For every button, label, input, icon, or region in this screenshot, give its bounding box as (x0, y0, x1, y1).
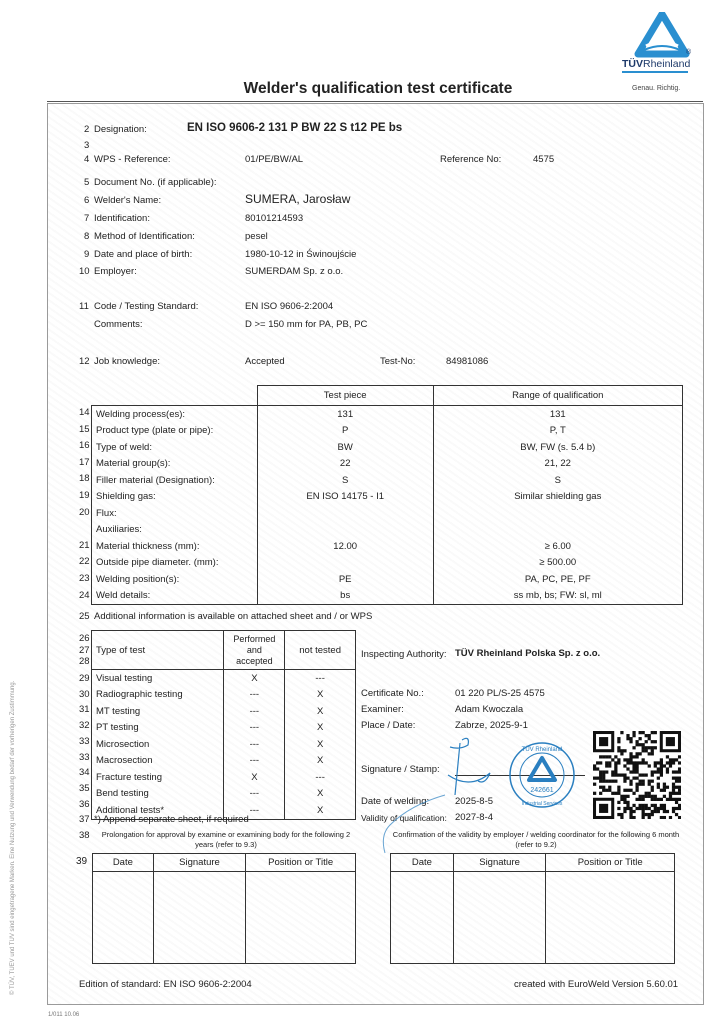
test-not-tested: --- (285, 670, 356, 687)
row-range: ss mb, bs; FW: sl, ml (433, 588, 682, 605)
test-performed: --- (224, 753, 285, 770)
row-range: P, T (433, 423, 682, 440)
test-label: Radiographic testing (92, 687, 224, 704)
row-label: Filler material (Designation): (92, 472, 258, 489)
qualification-row: Shielding gas:EN ISO 14175 - I1Similar s… (92, 489, 683, 506)
test-row: Macrosection---X (92, 753, 356, 770)
tuv-logo: TÜVRheinland ® Genau. Richtig. (620, 8, 700, 88)
row-range (433, 522, 682, 539)
qualification-row: Product type (plate or pipe):PP, T (92, 423, 683, 440)
test-label: Fracture testing (92, 769, 224, 786)
qr-code[interactable] (593, 731, 681, 819)
qualification-row: Auxiliaries: (92, 522, 683, 539)
test-not-tested: X (285, 786, 356, 803)
test-performed: --- (224, 687, 285, 704)
row-test-piece: bs (257, 588, 433, 605)
confirm-signature-cell[interactable] (453, 872, 546, 964)
row-range: BW, FW (s. 5.4 b) (433, 439, 682, 456)
row-range (433, 505, 682, 522)
test-not-tested: --- (285, 769, 356, 786)
row-test-piece: 12.00 (257, 538, 433, 555)
row-test-piece: BW (257, 439, 433, 456)
confirmation-text: Confirmation of the validity by employer… (390, 830, 682, 850)
prolongation-text: Prolongation for approval by examine or … (95, 830, 357, 850)
test-performed: --- (224, 736, 285, 753)
qualification-row: Filler material (Designation):SS (92, 472, 683, 489)
test-not-tested: X (285, 736, 356, 753)
test-not-tested: X (285, 687, 356, 704)
row-label: Welding process(es): (92, 406, 258, 423)
test-not-tested: X (285, 720, 356, 737)
title-rule (47, 101, 703, 102)
row-test-piece (257, 555, 433, 572)
qualification-row: Outside pipe diameter. (mm):≥ 500.00 (92, 555, 683, 572)
test-performed: X (224, 670, 285, 687)
qualification-row: Welding position(s):PEPA, PC, PE, PF (92, 571, 683, 588)
designation-value: EN ISO 9606-2 131 P BW 22 S t12 PE bs (187, 122, 402, 134)
row-label: Weld details: (92, 588, 258, 605)
row-test-piece (257, 505, 433, 522)
svg-text:TÜV Rheinland: TÜV Rheinland (522, 746, 563, 753)
row-label: Welding position(s): (92, 571, 258, 588)
prolongation-table: Date Signature Position or Title (92, 853, 356, 964)
row-label: Outside pipe diameter. (mm): (92, 555, 258, 572)
test-performed: --- (224, 720, 285, 737)
row-range: 21, 22 (433, 456, 682, 473)
test-performed: X (224, 769, 285, 786)
test-label: Bend testing (92, 786, 224, 803)
svg-text:Industrial Services: Industrial Services (522, 801, 563, 807)
registered-mark: ® (686, 49, 691, 56)
test-label: Microsection (92, 736, 224, 753)
prolong-signature-cell[interactable] (153, 872, 246, 964)
tuv-stamp: TÜV Rheinland 242661 Industrial Services (507, 740, 577, 810)
test-performed: --- (224, 703, 285, 720)
test-row: Radiographic testing---X (92, 687, 356, 704)
test-row: Visual testingX--- (92, 670, 356, 687)
header-type-of-test: Type of test (92, 631, 224, 670)
row-test-piece (257, 522, 433, 539)
test-label: MT testing (92, 703, 224, 720)
header-range: Range of qualification (433, 386, 682, 406)
page-title: Welder's qualification test certificate (0, 80, 720, 98)
qualification-table: Test piece Range of qualification Weldin… (91, 385, 683, 605)
confirmation-table: Date Signature Position or Title (390, 853, 675, 964)
row-label: Auxiliaries: (92, 522, 258, 539)
row-range: 131 (433, 406, 682, 423)
test-label: Visual testing (92, 670, 224, 687)
test-not-tested: X (285, 802, 356, 819)
header-performed: Performed and accepted (224, 631, 285, 670)
copyright-side-text: © TÜV, TUEV und TUV sind eingetragene Ma… (10, 681, 16, 995)
tuv-triangle-icon (634, 12, 690, 58)
row-test-piece: EN ISO 14175 - I1 (257, 489, 433, 506)
logo-rheinland: Rheinland (643, 58, 690, 70)
edition-text: Edition of standard: EN ISO 9606-2:2004 (79, 979, 252, 990)
row-range: PA, PC, PE, PF (433, 571, 682, 588)
test-performed: --- (224, 786, 285, 803)
qualification-row: Welding process(es):131131 (92, 406, 683, 423)
header-not-tested: not tested (285, 631, 356, 670)
row-range: ≥ 500.00 (433, 555, 682, 572)
row-test-piece: P (257, 423, 433, 440)
svg-text:242661: 242661 (530, 787, 553, 794)
row-range: Similar shielding gas (433, 489, 682, 506)
test-row: Bend testing---X (92, 786, 356, 803)
test-not-tested: X (285, 753, 356, 770)
created-with-text: created with EuroWeld Version 5.60.01 (514, 979, 678, 990)
qualification-row: Type of weld:BWBW, FW (s. 5.4 b) (92, 439, 683, 456)
logo-tuv: TÜV (622, 58, 643, 70)
qualification-row: Weld details:bsss mb, bs; FW: sl, ml (92, 588, 683, 605)
form-code: 1/011 10.06 (48, 1012, 79, 1018)
test-row: PT testing---X (92, 720, 356, 737)
row-test-piece: PE (257, 571, 433, 588)
row-label: Material thickness (mm): (92, 538, 258, 555)
test-label: Macrosection (92, 753, 224, 770)
header-test-piece: Test piece (257, 386, 433, 406)
confirm-position-cell[interactable] (546, 872, 675, 964)
qualification-row: Flux: (92, 505, 683, 522)
prolong-position-cell[interactable] (246, 872, 356, 964)
row-label: Flux: (92, 505, 258, 522)
qualification-row: Material group(s):2221, 22 (92, 456, 683, 473)
row-range: S (433, 472, 682, 489)
test-label: PT testing (92, 720, 224, 737)
row-test-piece: S (257, 472, 433, 489)
row-test-piece: 131 (257, 406, 433, 423)
test-row: Microsection---X (92, 736, 356, 753)
confirm-date-cell[interactable] (391, 872, 454, 964)
prolong-date-cell[interactable] (93, 872, 154, 964)
test-row: Fracture testingX--- (92, 769, 356, 786)
row-range: ≥ 6.00 (433, 538, 682, 555)
row-label: Product type (plate or pipe): (92, 423, 258, 440)
row-label: Material group(s): (92, 456, 258, 473)
row-label: Shielding gas: (92, 489, 258, 506)
tests-table: Type of test Performed and accepted not … (91, 630, 356, 820)
test-row: MT testing---X (92, 703, 356, 720)
row-test-piece: 22 (257, 456, 433, 473)
row-label: Type of weld: (92, 439, 258, 456)
qualification-row: Material thickness (mm):12.00≥ 6.00 (92, 538, 683, 555)
test-not-tested: X (285, 703, 356, 720)
